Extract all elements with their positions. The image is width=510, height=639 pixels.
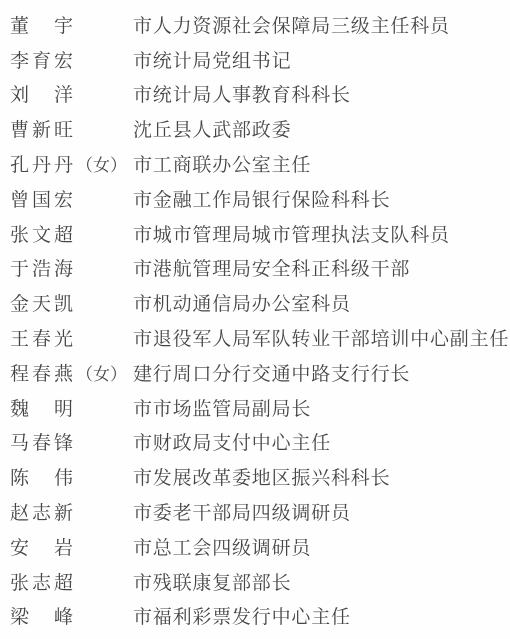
person-title: 市残联康复部部长	[133, 568, 291, 595]
person-name: 王春光	[10, 324, 133, 351]
person-gender-suffix: （女）	[76, 365, 127, 384]
roster-list: 董 宇 市人力资源社会保障局三级主任科员 李育宏 市统计局党组书记 刘 洋 市统…	[10, 7, 510, 633]
person-name: 李育宏	[10, 46, 133, 73]
person-name-text: 曾国宏	[10, 190, 76, 211]
person-title: 市统计局人事教育科科长	[133, 80, 351, 107]
person-name: 程春燕（女）	[10, 359, 133, 386]
person-title: 市退役军人局军队转业干部培训中心副主任	[133, 324, 509, 351]
person-title: 市城市管理局城市管理执法支队科员	[133, 220, 450, 247]
person-name-text: 程春燕	[10, 364, 76, 385]
document-page: 董 宇 市人力资源社会保障局三级主任科员 李育宏 市统计局党组书记 刘 洋 市统…	[0, 0, 510, 639]
roster-row: 董 宇 市人力资源社会保障局三级主任科员	[10, 7, 510, 42]
person-name: 曾国宏	[10, 185, 133, 212]
person-title: 市总工会四级调研员	[133, 533, 311, 560]
person-name: 陈 伟	[10, 463, 133, 490]
person-name-text: 马春锋	[10, 433, 76, 454]
person-title: 市金融工作局银行保险科科长	[133, 185, 390, 212]
person-title: 市发展改革委地区振兴科科长	[133, 463, 390, 490]
person-title: 市工商联办公室主任	[133, 150, 311, 177]
person-name: 孔丹丹（女）	[10, 150, 133, 177]
person-name: 金天凯	[10, 289, 133, 316]
roster-row: 刘 洋 市统计局人事教育科科长	[10, 77, 510, 112]
person-name: 马春锋	[10, 428, 133, 455]
person-name: 曹新旺	[10, 115, 133, 142]
person-title: 市市场监管局副局长	[133, 394, 311, 421]
person-name: 安 岩	[10, 533, 133, 560]
person-title: 沈丘县人武部政委	[133, 115, 291, 142]
person-name: 张志超	[10, 568, 133, 595]
person-title: 市人力资源社会保障局三级主任科员	[133, 11, 450, 38]
roster-row: 张文超 市城市管理局城市管理执法支队科员	[10, 216, 510, 251]
person-name: 张文超	[10, 220, 133, 247]
roster-row: 赵志新 市委老干部局四级调研员	[10, 494, 510, 529]
roster-row: 魏 明 市市场监管局副局长	[10, 390, 510, 425]
person-name-text: 于浩海	[10, 259, 76, 280]
person-title: 市财政局支付中心主任	[133, 428, 331, 455]
person-name-text: 梁 峰	[10, 607, 76, 628]
roster-row: 曹新旺 沈丘县人武部政委	[10, 111, 510, 146]
person-name: 魏 明	[10, 394, 133, 421]
person-name-text: 魏 明	[10, 399, 76, 420]
roster-row: 程春燕（女） 建行周口分行交通中路支行行长	[10, 355, 510, 390]
person-name: 梁 峰	[10, 602, 133, 629]
person-title: 建行周口分行交通中路支行行长	[133, 359, 410, 386]
person-name: 刘 洋	[10, 80, 133, 107]
person-name-text: 赵志新	[10, 503, 76, 524]
person-name-text: 李育宏	[10, 51, 76, 72]
person-name: 于浩海	[10, 254, 133, 281]
person-title: 市港航管理局安全科正科级干部	[133, 254, 410, 281]
person-name-text: 董 宇	[10, 16, 76, 37]
person-title: 市福利彩票发行中心主任	[133, 602, 351, 629]
person-name-text: 张文超	[10, 225, 76, 246]
roster-row: 梁 峰 市福利彩票发行中心主任	[10, 599, 510, 634]
person-name: 赵志新	[10, 498, 133, 525]
roster-row: 于浩海 市港航管理局安全科正科级干部	[10, 251, 510, 286]
person-name-text: 陈 伟	[10, 468, 76, 489]
person-name-text: 金天凯	[10, 294, 76, 315]
person-name-text: 刘 洋	[10, 85, 76, 106]
roster-row: 陈 伟 市发展改革委地区振兴科科长	[10, 459, 510, 494]
roster-row: 王春光 市退役军人局军队转业干部培训中心副主任	[10, 320, 510, 355]
person-name-text: 孔丹丹	[10, 155, 76, 176]
person-name-text: 安 岩	[10, 538, 76, 559]
person-name-text: 王春光	[10, 329, 76, 350]
person-name: 董 宇	[10, 11, 133, 38]
person-name-text: 曹新旺	[10, 120, 76, 141]
roster-row: 金天凯 市机动通信局办公室科员	[10, 285, 510, 320]
roster-row: 马春锋 市财政局支付中心主任	[10, 425, 510, 460]
roster-row: 李育宏 市统计局党组书记	[10, 42, 510, 77]
person-title: 市统计局党组书记	[133, 46, 291, 73]
person-name-text: 张志超	[10, 573, 76, 594]
roster-row: 曾国宏 市金融工作局银行保险科科长	[10, 181, 510, 216]
person-title: 市机动通信局办公室科员	[133, 289, 351, 316]
roster-row: 孔丹丹（女） 市工商联办公室主任	[10, 146, 510, 181]
person-gender-suffix: （女）	[76, 156, 127, 175]
roster-row: 张志超 市残联康复部部长	[10, 564, 510, 599]
person-title: 市委老干部局四级调研员	[133, 498, 351, 525]
roster-row: 安 岩 市总工会四级调研员	[10, 529, 510, 564]
